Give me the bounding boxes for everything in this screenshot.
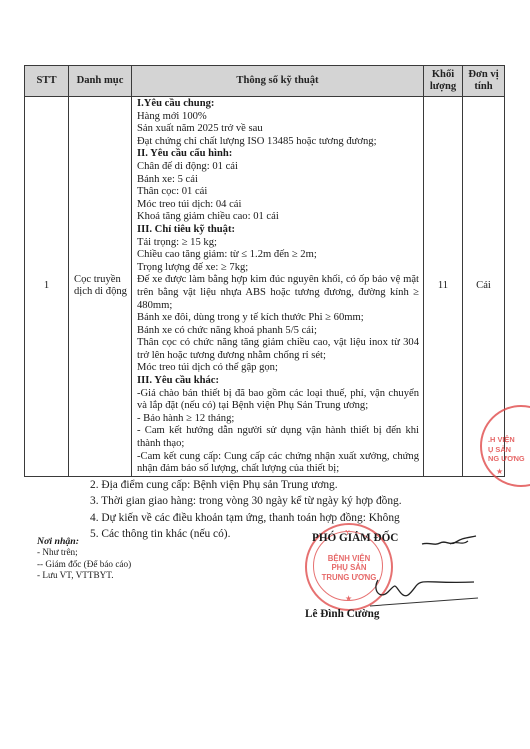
signer-name: Lê Đình Cường xyxy=(305,608,379,620)
header-quantity: Khối lượng xyxy=(424,66,463,97)
recipients-block: Nơi nhận: - Như trên; -- Giám đốc (Để bá… xyxy=(37,536,131,582)
spec-line: Bánh xe đôi, dùng trong y tế kích thước … xyxy=(137,312,419,325)
header-specs: Thông số kỹ thuật xyxy=(132,66,424,97)
cell-specs: I.Yêu cầu chung:Hàng mới 100%Sản xuất nă… xyxy=(132,97,424,477)
spec-line: Đế xe được làm bằng hợp kim đúc nguyên k… xyxy=(137,274,419,312)
initial-scribble-icon xyxy=(420,532,480,552)
cell-stt: 1 xyxy=(25,97,69,477)
header-unit: Đơn vị tính xyxy=(463,66,505,97)
spec-line: -Giá chào bán thiết bị đã bao gồm các lo… xyxy=(137,388,419,413)
recipient-item: - Lưu VT, VTTBYT. xyxy=(37,570,131,581)
header-unit-line1: Đơn vị xyxy=(468,69,498,80)
spec-line: Thân cọc có chức năng tăng giảm chiều ca… xyxy=(137,337,419,362)
specification-table: STT Danh mục Thông số kỹ thuật Khối lượn… xyxy=(24,65,505,477)
recipient-item: -- Giám đốc (Để báo cáo) xyxy=(37,559,131,570)
spec-section-heading: III. Chỉ tiêu kỹ thuật: xyxy=(137,224,419,237)
recipient-item: - Như trên; xyxy=(37,547,131,558)
spec-line: Tải trọng: ≥ 15 kg; xyxy=(137,237,419,250)
stamp-line1: BỆNH VIỆN xyxy=(328,554,370,563)
recipients-title: Nơi nhận: xyxy=(37,536,131,547)
star-icon: ★ xyxy=(496,467,503,476)
spec-section-heading: II. Yêu cầu cấu hình: xyxy=(137,148,419,161)
spec-line: Sản xuất năm 2025 trở về sau xyxy=(137,123,419,136)
spec-line: -Cam kết cung cấp: Cung cấp các chứng nh… xyxy=(137,451,419,476)
spec-line: Bánh xe: 5 cái xyxy=(137,174,419,187)
spec-line: Chiều cao tăng giảm: từ ≤ 1.2m đến ≥ 2m; xyxy=(137,249,419,262)
table-row: 1 Cọc truyền dịch di động I.Yêu cầu chun… xyxy=(25,97,505,477)
signature-scribble-icon xyxy=(370,570,480,610)
spec-line: Khoá tăng giảm chiều cao: 01 cái xyxy=(137,211,419,224)
spec-line: Móc treo túi dịch: 04 cái xyxy=(137,199,419,212)
cell-quantity: 11 xyxy=(424,97,463,477)
header-quantity-line2: lượng xyxy=(430,81,456,92)
spec-line: Hàng mới 100% xyxy=(137,111,419,124)
stamp-line2: PHỤ SẢN xyxy=(331,563,366,572)
spec-line: Đạt chứng chỉ chất lượng ISO 13485 hoặc … xyxy=(137,136,419,149)
header-quantity-line1: Khối xyxy=(432,69,454,80)
cell-category: Cọc truyền dịch di động xyxy=(69,97,132,477)
table-header-row: STT Danh mục Thông số kỹ thuật Khối lượn… xyxy=(25,66,505,97)
spec-line: Trọng lượng đế xe: ≥ 7kg; xyxy=(137,262,419,275)
edge-stamp-line1: .H VIỆN xyxy=(488,435,515,444)
star-icon: ★ xyxy=(345,594,352,603)
spec-section-heading: I.Yêu cầu chung: xyxy=(137,98,419,111)
header-category: Danh mục xyxy=(69,66,132,97)
spec-line: - Bảo hành ≥ 12 tháng; xyxy=(137,413,419,426)
edge-stamp-line2: Ụ SẢN xyxy=(488,445,511,454)
spec-line: - Cam kết hướng dẫn người sử dụng vận hà… xyxy=(137,425,419,450)
term-delivery-time: 3. Thời gian giao hàng: trong vòng 30 ng… xyxy=(90,493,402,509)
spec-line: Chân đế di động: 01 cái xyxy=(137,161,419,174)
stamp-line3: TRUNG ƯƠNG xyxy=(322,573,377,582)
edge-stamp-line3: NG ƯƠNG xyxy=(488,454,525,463)
spec-line: Thân cọc: 01 cái xyxy=(137,186,419,199)
signer-title: PHÓ GIÁM ĐỐC xyxy=(312,532,398,544)
header-unit-line2: tính xyxy=(474,81,492,92)
spec-line: Móc treo túi dịch có thể gập gọn; xyxy=(137,362,419,375)
edge-stamp-text: .H VIỆN Ụ SẢN NG ƯƠNG xyxy=(488,435,525,464)
spec-line: Bánh xe có chức năng khoá phanh 5/5 cái; xyxy=(137,325,419,338)
term-delivery-location: 2. Địa điểm cung cấp: Bệnh viện Phụ sản … xyxy=(90,477,402,493)
header-stt: STT xyxy=(25,66,69,97)
spec-section-heading: III. Yêu cầu khác: xyxy=(137,375,419,388)
